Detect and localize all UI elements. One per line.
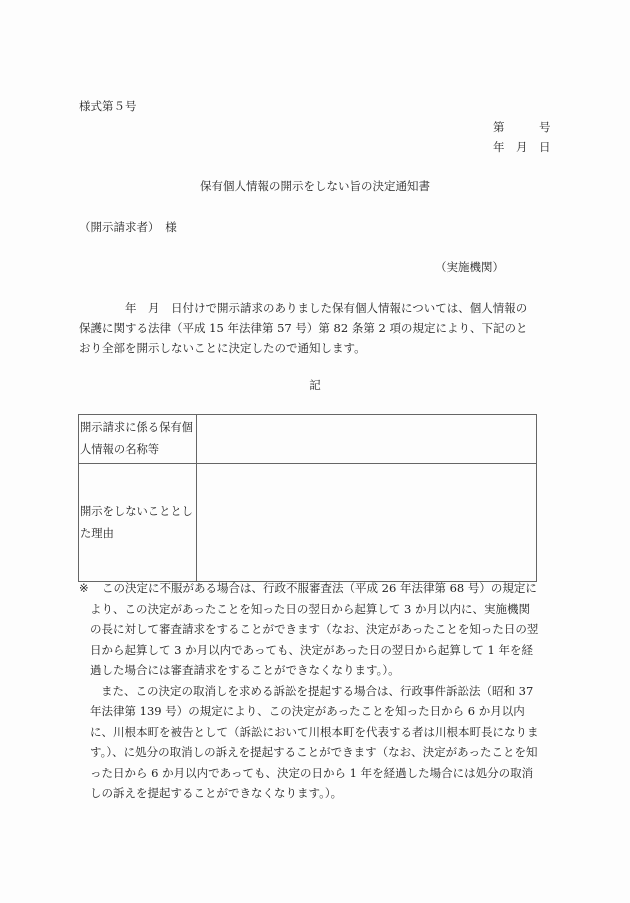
date-year: 年 (493, 139, 505, 155)
date-month: 月 (516, 139, 528, 155)
body-paragraph: 年 月 日付けで開示請求のありました保有個人情報については、個人情報の保護に関す… (79, 298, 537, 358)
table-row: 開示請求に係る保有個人情報の名称等 (79, 415, 537, 464)
addressee: （開示請求者） 様 (79, 219, 177, 235)
doc-number-suffix: 号 (539, 119, 551, 135)
note-paragraph-lawsuit: また、この決定の取消しを求める訴訟を提起する場合は、行政事件訴訟法（昭和 37 … (79, 681, 541, 804)
label-reason: 開示をしないこととした理由 (79, 464, 197, 582)
note-text-appeal: この決定に不服がある場合は、行政不服審査法（平成 26 年法律第 68 号）の規… (90, 581, 538, 677)
notes-section: ※ この決定に不服がある場合は、行政不服審査法（平成 26 年法律第 68 号）… (79, 578, 541, 804)
form-number: 様式第５号 (79, 98, 137, 114)
info-table: 開示請求に係る保有個人情報の名称等 開示をしないこととした理由 (78, 414, 537, 582)
document-title: 保有個人情報の開示をしない旨の決定通知書 (0, 178, 630, 194)
ki-heading: 記 (0, 377, 630, 393)
note-paragraph-appeal: ※ この決定に不服がある場合は、行政不服審査法（平成 26 年法律第 68 号）… (79, 578, 541, 681)
doc-number-prefix: 第 (493, 119, 505, 135)
body-text: 年 月 日付けで開示請求のありました保有個人情報については、個人情報の保護に関す… (79, 301, 527, 355)
table-row: 開示をしないこととした理由 (79, 464, 537, 582)
value-reason[interactable] (197, 464, 537, 582)
issuing-agency: （実施機関） (435, 259, 504, 275)
note-mark: ※ (79, 578, 89, 599)
date-day: 日 (539, 139, 551, 155)
label-requested-info: 開示請求に係る保有個人情報の名称等 (79, 415, 197, 464)
value-requested-info[interactable] (197, 415, 537, 464)
